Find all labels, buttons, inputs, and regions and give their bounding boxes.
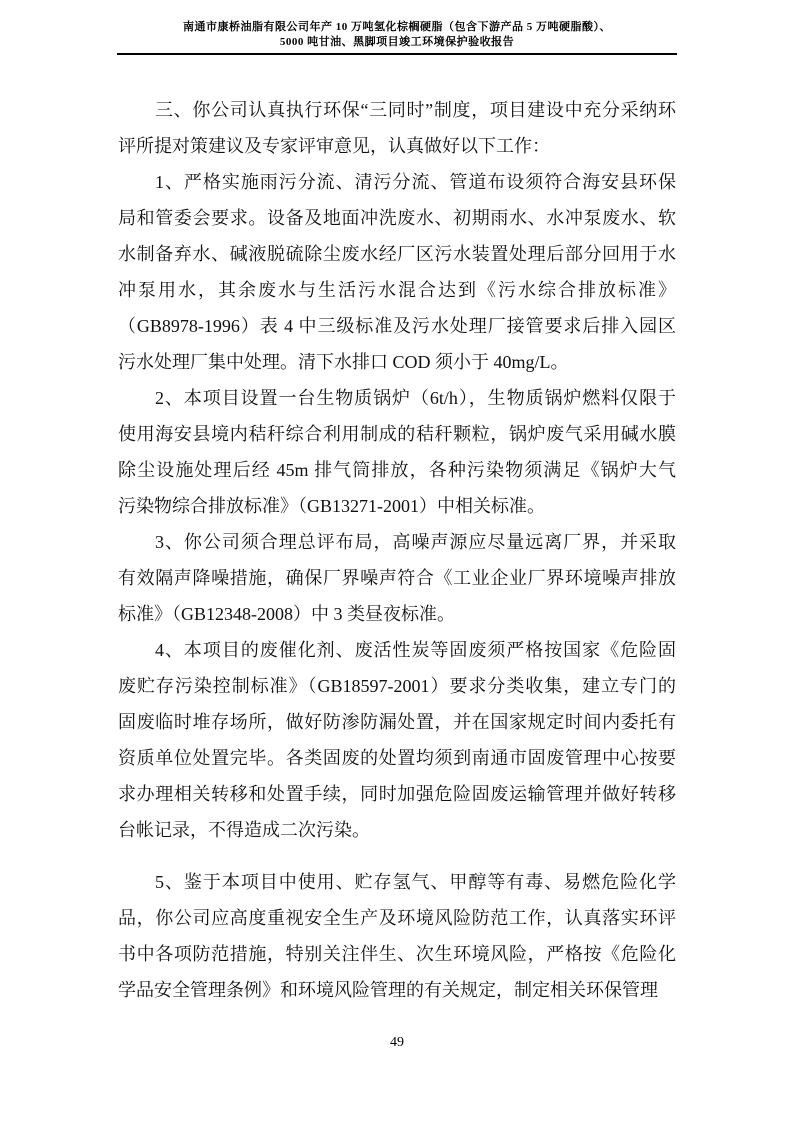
text-line: 5、鉴于本项目中使用、贮存氢气、甲醇等有毒、易燃危险化学 (118, 864, 676, 900)
text-line: 除尘设施处理后经 45m 排气筒排放，各种污染物须满足《锅炉大气 (118, 452, 676, 488)
text-line: 水制备弃水、碱液脱硫除尘废水经厂区污水装置处理后部分回用于水 (118, 236, 676, 272)
text-line: 标准》（GB12348-2008）中 3 类昼夜标准。 (118, 596, 676, 632)
text-line: 废贮存污染控制标准》（GB18597-2001）要求分类收集，建立专门的 (118, 668, 676, 704)
text-line: （GB8978-1996）表 4 中三级标准及污水处理厂接管要求后排入园区 (118, 308, 676, 344)
header-title-line-2: 5000 吨甘油、黑脚项目竣工环境保护验收报告 (117, 35, 677, 50)
text-line: 台帐记录，不得造成二次污染。 (118, 812, 676, 848)
header-title-line-1: 南通市康桥油脂有限公司年产 10 万吨氢化棕榈硬脂（包含下游产品 5 万吨硬脂酸… (117, 20, 677, 35)
text-line: 三、你公司认真执行环保“三同时”制度，项目建设中充分采纳环 (118, 92, 676, 128)
text-line: 求办理相关转移和处置手续，同时加强危险固废运输管理并做好转移 (118, 776, 676, 812)
text-line: 品，你公司应高度重视安全生产及环境风险防范工作，认真落实环评 (118, 900, 676, 936)
text-line: 有效隔声降噪措施，确保厂界噪声符合《工业企业厂界环境噪声排放 (118, 560, 676, 596)
paragraph-item-2: 2、本项目设置一台生物质锅炉（6t/h），生物质锅炉燃料仅限于使用海安县境内秸秆… (118, 380, 676, 524)
text-line: 1、严格实施雨污分流、清污分流、管道布设须符合海安县环保 (118, 164, 676, 200)
text-line: 评所提对策建议及专家评审意见，认真做好以下工作： (118, 128, 676, 164)
text-line: 4、本项目的废催化剂、废活性炭等固废须严格按国家《危险固 (118, 632, 676, 668)
paragraph-item-4: 4、本项目的废催化剂、废活性炭等固废须严格按国家《危险固废贮存污染控制标准》（G… (118, 632, 676, 848)
text-line: 使用海安县境内秸秆综合利用制成的秸秆颗粒，锅炉废气采用碱水膜 (118, 416, 676, 452)
text-line: 冲泵用水，其余废水与生活污水混合达到《污水综合排放标准》 (118, 272, 676, 308)
text-line: 污水处理厂集中处理。清下水排口 COD 须小于 40mg/L。 (118, 344, 676, 380)
text-line: 学品安全管理条例》和环境风险管理的有关规定，制定相关环保管理 (118, 972, 676, 1008)
page-number: 49 (390, 1035, 404, 1050)
paragraph-item-5: 5、鉴于本项目中使用、贮存氢气、甲醇等有毒、易燃危险化学品，你公司应高度重视安全… (118, 864, 676, 1008)
text-line: 3、你公司须合理总评布局，高噪声源应尽量远离厂界，并采取 (118, 524, 676, 560)
paragraph-item-3: 3、你公司须合理总评布局，高噪声源应尽量远离厂界，并采取有效隔声降噪措施，确保厂… (118, 524, 676, 632)
page-header: 南通市康桥油脂有限公司年产 10 万吨氢化棕榈硬脂（包含下游产品 5 万吨硬脂酸… (117, 20, 677, 55)
document-page: 南通市康桥油脂有限公司年产 10 万吨氢化棕榈硬脂（包含下游产品 5 万吨硬脂酸… (0, 0, 793, 1122)
page-footer: 49 (118, 1033, 676, 1053)
text-line: 污染物综合排放标准》（GB13271-2001）中相关标准。 (118, 488, 676, 524)
document-body: 三、你公司认真执行环保“三同时”制度，项目建设中充分采纳环评所提对策建议及专家评… (118, 92, 676, 1008)
text-line: 局和管委会要求。设备及地面冲洗废水、初期雨水、水冲泵废水、软 (118, 200, 676, 236)
paragraph-intro: 三、你公司认真执行环保“三同时”制度，项目建设中充分采纳环评所提对策建议及专家评… (118, 92, 676, 164)
text-line: 固废临时堆存场所，做好防渗防漏处置，并在国家规定时间内委托有 (118, 704, 676, 740)
text-line: 资质单位处置完毕。各类固废的处置均须到南通市固废管理中心按要 (118, 740, 676, 776)
paragraph-item-1: 1、严格实施雨污分流、清污分流、管道布设须符合海安县环保局和管委会要求。设备及地… (118, 164, 676, 380)
text-line: 书中各项防范措施，特别关注伴生、次生环境风险，严格按《危险化 (118, 936, 676, 972)
text-line: 2、本项目设置一台生物质锅炉（6t/h），生物质锅炉燃料仅限于 (118, 380, 676, 416)
